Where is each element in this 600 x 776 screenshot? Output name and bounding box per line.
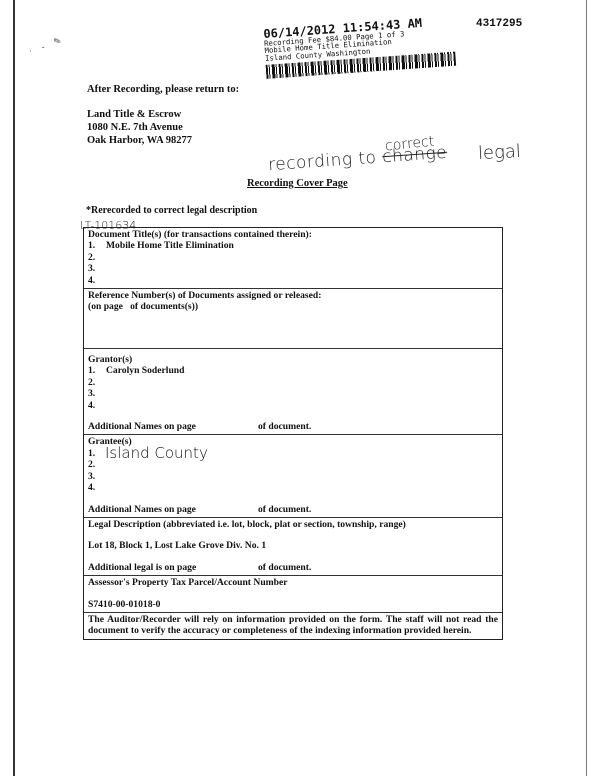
item-value: Carolyn Soderlund [101, 365, 184, 376]
list-item: 1.Mobile Home Title Elimination [88, 240, 498, 251]
return-address: Land Title & Escrow 1080 N.E. 7th Avenue… [87, 108, 192, 147]
rerecorded-note: *Rerecorded to correct legal description [86, 205, 257, 216]
section-grantees: Grantee(s) 1.Island County 2. 3. 4. Addi… [84, 435, 502, 517]
item-value: Mobile Home Title Elimination [101, 240, 234, 251]
section-sublabel: (on page of documents(s)) [88, 301, 498, 312]
return-address-line: Land Title & Escrow [87, 108, 192, 121]
page-title: Recording Cover Page [247, 178, 348, 189]
handwritten-prefix: recording to [268, 148, 378, 176]
section-label: Document Title(s) (for transactions cont… [88, 229, 498, 240]
section-grantors: Grantor(s) 1.Carolyn Soderlund 2. 3. 4. … [84, 349, 502, 435]
return-address-line: Oak Harbor, WA 98277 [87, 134, 192, 147]
section-label: Assessor's Property Tax Parcel/Account N… [88, 577, 498, 588]
section-document-titles: Document Title(s) (for transactions cont… [84, 228, 502, 289]
additional-label: Additional Names on page [88, 504, 258, 515]
item-number: 3. [88, 471, 101, 482]
list-item: 3. [88, 388, 498, 399]
additional-names-line: Additional Names on pageof document. [88, 421, 498, 432]
list-item: 1.Carolyn Soderlund [88, 365, 498, 376]
item-number: 1. [88, 240, 101, 251]
list-item: 2. [88, 252, 498, 263]
item-number: 2. [88, 252, 101, 263]
handwritten-grantee: Island County [105, 448, 208, 459]
item-number: 2. [88, 377, 101, 388]
handwritten-note: recording to change [268, 143, 448, 175]
additional-suffix: of document. [258, 421, 311, 432]
item-number: 4. [88, 482, 101, 493]
list-item: 3. [88, 471, 498, 482]
return-address-line: 1080 N.E. 7th Avenue [87, 121, 192, 134]
item-number: 4. [88, 400, 101, 411]
scan-edge-right [586, 0, 587, 776]
scan-edge-left [13, 0, 15, 776]
item-number: 1. [88, 448, 101, 459]
item-number: 3. [88, 388, 101, 399]
list-item: 4. [88, 482, 498, 493]
return-to-heading: After Recording, please return to: [87, 84, 239, 95]
scan-specks: · - ✎ [27, 34, 67, 57]
item-number: 3. [88, 263, 101, 274]
section-label: Grantor(s) [88, 354, 498, 365]
item-value [101, 252, 106, 263]
item-value [101, 275, 106, 286]
parcel-number-value: S7410-00-01018-0 [88, 599, 498, 610]
list-item: 4. [88, 275, 498, 286]
list-item: 4. [88, 400, 498, 411]
item-number: 2. [88, 459, 101, 470]
additional-legal-line: Additional legal is on pageof document. [88, 562, 498, 573]
item-number: 4. [88, 275, 101, 286]
handwritten-legal: legal [477, 141, 521, 164]
additional-label: Additional legal is on page [88, 562, 258, 573]
recording-stamp: 06/14/2012 11:54:43 AM Recording Fee $84… [263, 15, 456, 79]
handwritten-struck-word: change [382, 143, 448, 167]
additional-names-line: Additional Names on pageof document. [88, 504, 498, 515]
list-item: 1.Island County [88, 448, 498, 459]
additional-suffix: of document. [258, 562, 311, 573]
cover-form: Document Title(s) (for transactions cont… [83, 227, 503, 640]
additional-suffix: of document. [258, 504, 311, 515]
item-value [101, 263, 106, 274]
section-parcel-number: Assessor's Property Tax Parcel/Account N… [84, 576, 502, 613]
section-reference-numbers: Reference Number(s) of Documents assigne… [84, 289, 502, 349]
item-number: 1. [88, 365, 101, 376]
section-legal-description: Legal Description (abbreviated i.e. lot,… [84, 518, 502, 576]
additional-label: Additional Names on page [88, 421, 258, 432]
section-label: Legal Description (abbreviated i.e. lot,… [88, 519, 498, 530]
disclaimer: The Auditor/Recorder will rely on inform… [84, 613, 502, 639]
section-label: Reference Number(s) of Documents assigne… [88, 290, 498, 301]
list-item: 2. [88, 377, 498, 388]
document-number: 4317295 [476, 18, 522, 30]
legal-description-value: Lot 18, Block 1, Lost Lake Grove Div. No… [88, 540, 498, 551]
list-item: 3. [88, 263, 498, 274]
